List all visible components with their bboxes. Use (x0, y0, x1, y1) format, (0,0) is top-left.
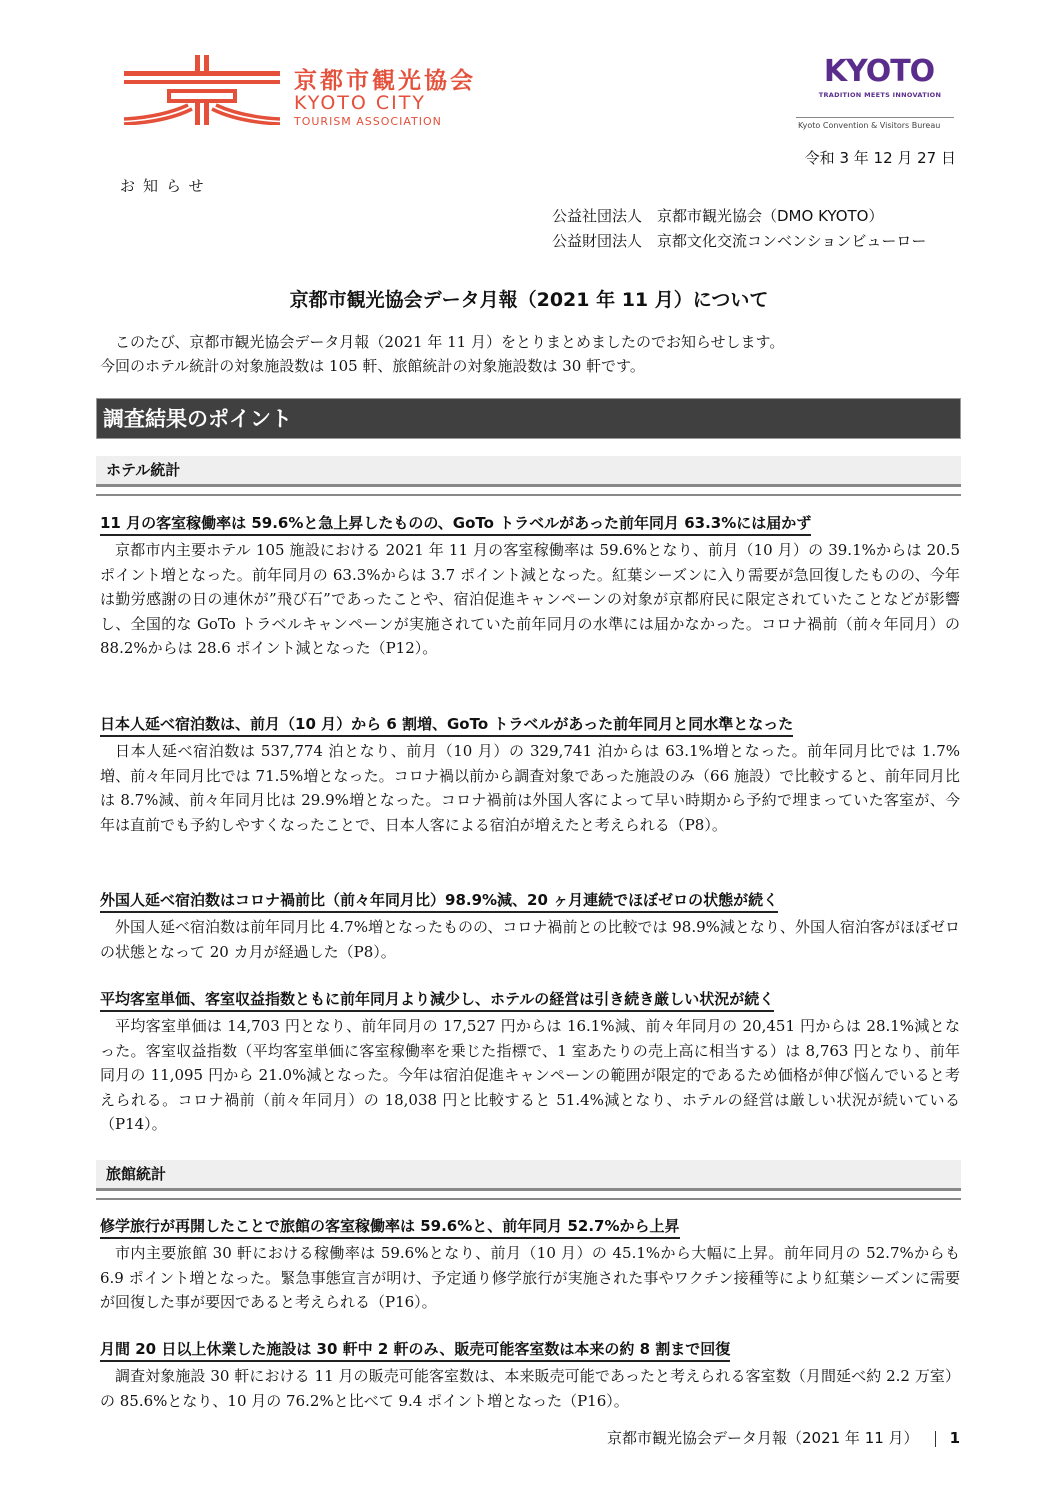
document-title: 京都市観光協会データ月報（2021 年 11 月）について (0, 285, 1058, 312)
issuer-org-2: 公益財団法人 京都文化交流コンベンションビューロー (552, 230, 926, 251)
logo-kyoto-word: KYOTO (802, 55, 956, 89)
hotel-point-occupancy: 11 月の客室稼働率は 59.6%と急上昇したものの、GoTo トラベルがあった… (100, 513, 960, 661)
notice-label: お知らせ (120, 175, 212, 196)
ryokan-point-closures: 月間 20 日以上休業した施設は 30 軒中 2 軒のみ、販売可能客室数は本来の… (100, 1339, 960, 1413)
logo-bureau-text: Kyoto Convention & Visitors Bureau (796, 121, 954, 130)
logo-tagline: TRADITION MEETS INNOVATION (804, 91, 956, 99)
subsection-heading-hotel: ホテル統計 (96, 456, 961, 484)
issuer-org-1: 公益社団法人 京都市観光協会（DMO KYOTO） (552, 205, 884, 226)
point-heading: 月間 20 日以上休業した施設は 30 軒中 2 軒のみ、販売可能客室数は本来の… (100, 1339, 730, 1362)
logo-en-text: KYOTO CITY (294, 92, 426, 114)
kyoto-city-tourism-association-logo: 京都市観光協会 KYOTO CITY TOURISM ASSOCIATION (122, 55, 482, 130)
intro-paragraph: このたび、京都市観光協会データ月報（2021 年 11 月）をとりまとめましたの… (100, 330, 960, 378)
point-heading: 11 月の客室稼働率は 59.6%と急上昇したものの、GoTo トラベルがあった… (100, 513, 811, 536)
point-body: 京都市内主要ホテル 105 施設における 2021 年 11 月の客室稼働率は … (100, 538, 960, 661)
section-heading-points: 調査結果のポイント (96, 398, 961, 439)
logo-jp-text: 京都市観光協会 (294, 62, 476, 95)
point-heading: 修学旅行が再開したことで旅館の客室稼働率は 59.6%と、前年同月 52.7%か… (100, 1216, 680, 1239)
hotel-point-room-rate: 平均客室単価、客室収益指数ともに前年同月より減少し、ホテルの経営は引き続き厳しい… (100, 989, 960, 1137)
hotel-point-japanese-guests: 日本人延べ宿泊数は、前月（10 月）から 6 割増、GoTo トラベルがあった前… (100, 714, 960, 837)
point-body: 市内主要旅館 30 軒における稼働率は 59.6%となり、前月（10 月）の 4… (100, 1241, 960, 1315)
page-footer: 京都市観光協会データ月報（2021 年 11 月）1 (607, 1427, 960, 1448)
intro-line-1: このたび、京都市観光協会データ月報（2021 年 11 月）をとりまとめましたの… (100, 330, 960, 354)
point-body: 平均客室単価は 14,703 円となり、前年同月の 17,527 円からは 16… (100, 1014, 960, 1137)
point-body: 日本人延べ宿泊数は 537,774 泊となり、前月（10 月）の 329,741… (100, 739, 960, 837)
point-body: 外国人延べ宿泊数は前年同月比 4.7%増となったものの、コロナ禍前との比較では … (100, 915, 960, 964)
point-heading: 平均客室単価、客室収益指数ともに前年同月より減少し、ホテルの経営は引き続き厳しい… (100, 989, 774, 1012)
logo-en-subtext: TOURISM ASSOCIATION (294, 115, 442, 128)
kyo-mark-icon (122, 55, 282, 125)
point-heading: 外国人延べ宿泊数はコロナ禍前比（前々年同月比）98.9%減、20 ヶ月連続でほぼ… (100, 890, 778, 913)
page-number: 1 (950, 1429, 960, 1447)
hotel-point-foreign-guests: 外国人延べ宿泊数はコロナ禍前比（前々年同月比）98.9%減、20 ヶ月連続でほぼ… (100, 890, 960, 964)
point-heading: 日本人延べ宿泊数は、前月（10 月）から 6 割増、GoTo トラベルがあった前… (100, 714, 793, 737)
logo-divider (796, 117, 954, 118)
subsection-heading-ryokan: 旅館統計 (96, 1160, 961, 1188)
issue-date: 令和 3 年 12 月 27 日 (805, 147, 956, 168)
footer-title: 京都市観光協会データ月報（2021 年 11 月） (607, 1429, 919, 1447)
point-body: 調査対象施設 30 軒における 11 月の販売可能客室数は、本来販売可能であった… (100, 1364, 960, 1413)
intro-line-2: 今回のホテル統計の対象施設数は 105 軒、旅館統計の対象施設数は 30 軒です… (100, 354, 960, 378)
kyoto-convention-bureau-logo: KYOTO TRADITION MEETS INNOVATION Kyoto C… (796, 55, 956, 135)
footer-divider (935, 1431, 936, 1447)
ryokan-point-occupancy: 修学旅行が再開したことで旅館の客室稼働率は 59.6%と、前年同月 52.7%か… (100, 1216, 960, 1315)
